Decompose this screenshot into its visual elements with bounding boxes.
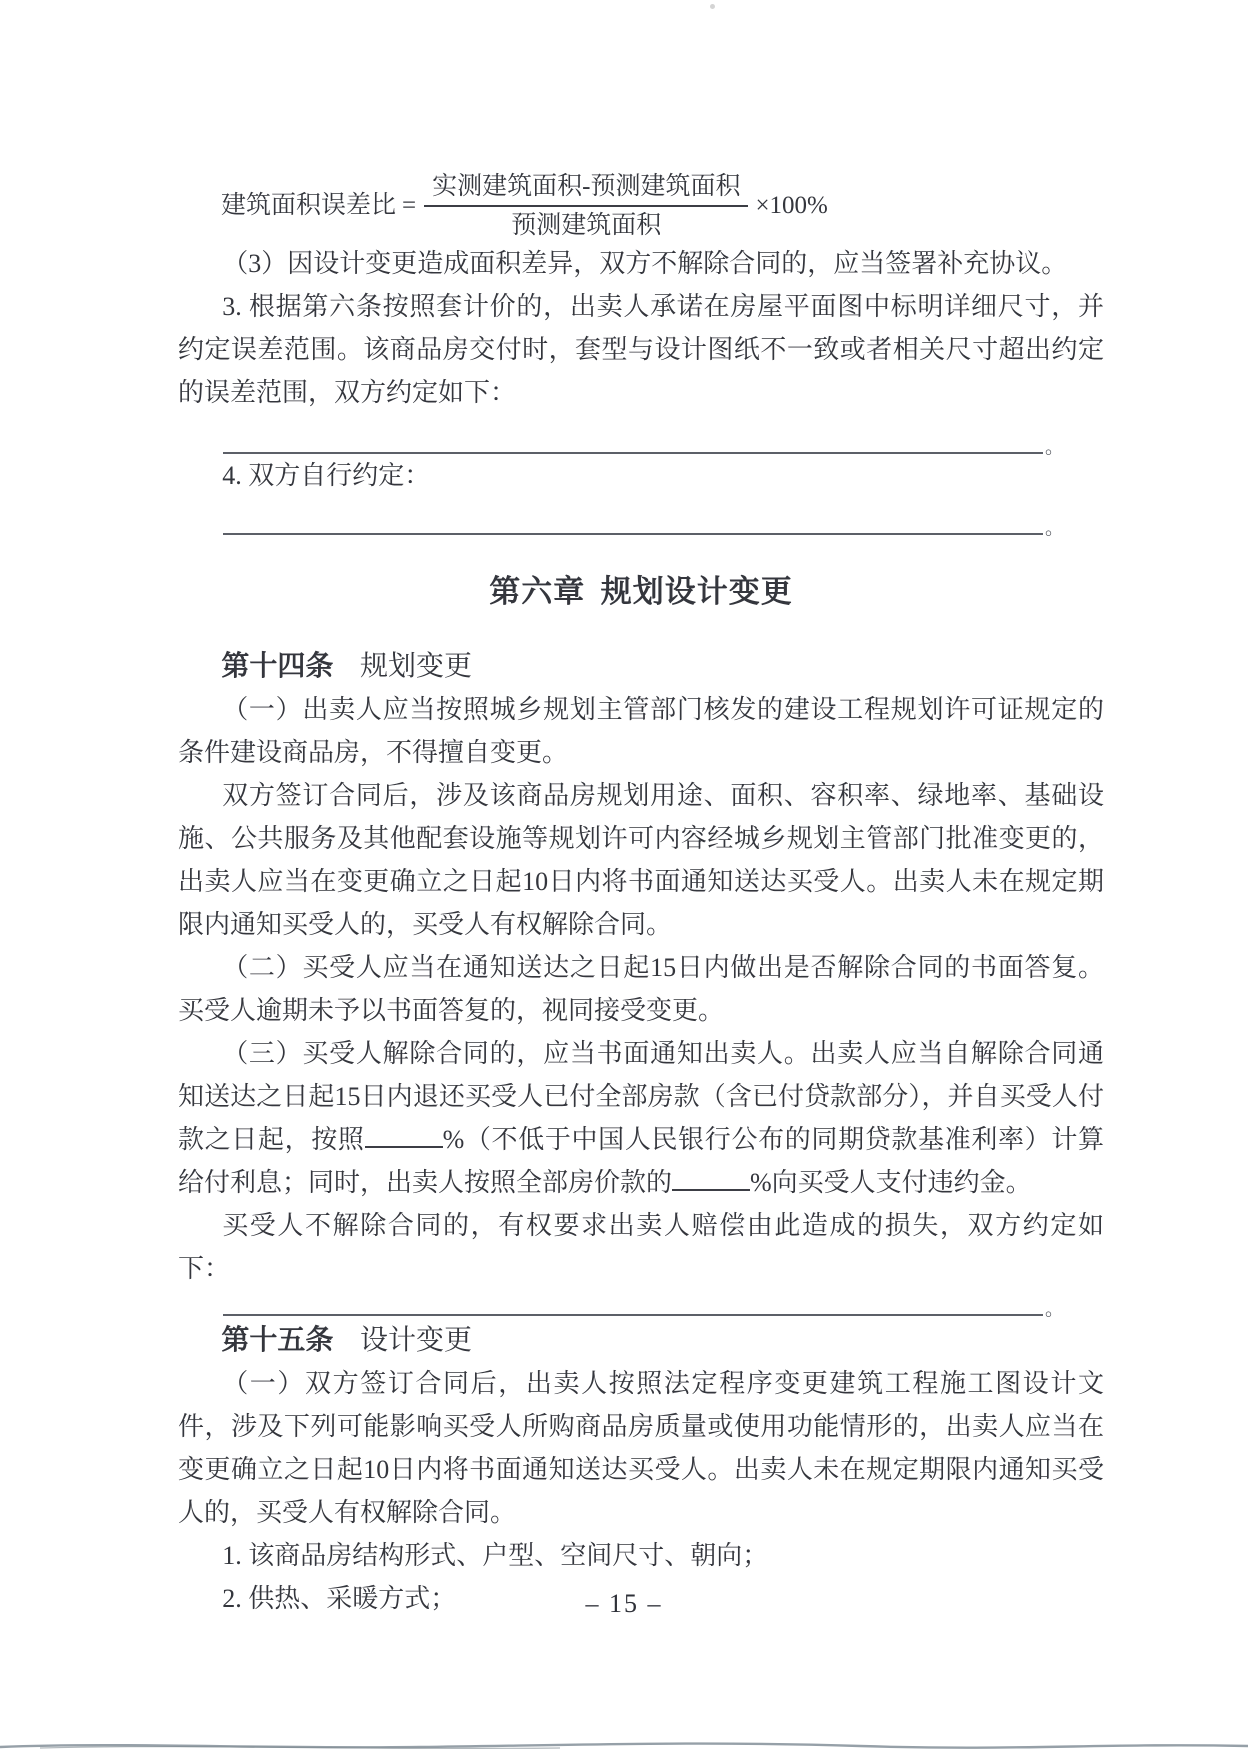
article-14-para-4-seg3: %向买受人支付违约金。 [750, 1168, 1032, 1197]
page-number: – 15 – [0, 1582, 1248, 1625]
article-14-para-1: （一）出卖人应当按照城乡规划主管部门核发的建设工程规划许可证规定的条件建设商品房… [178, 688, 1104, 774]
chapter-6-title: 规划设计变更 [601, 574, 793, 609]
article-14-heading: 第十四条规划变更 [178, 644, 1104, 688]
fill-in-blank-3-line [223, 1304, 1043, 1316]
penalty-rate-blank [672, 1185, 750, 1191]
formula-numerator: 实测建筑面积-预测建筑面积 [424, 171, 748, 207]
article-14-para-5: 买受人不解除合同的，有权要求出卖人赔偿由此造成的损失，双方约定如下： [178, 1204, 1104, 1290]
scan-edge-line [0, 1738, 1248, 1754]
article-14-para-3: （二）买受人应当在通知送达之日起15日内做出是否解除合同的书面答复。买受人逾期未… [178, 946, 1104, 1032]
scan-artifact-dot [710, 4, 715, 9]
formula-denominator: 预测建筑面积 [424, 207, 748, 241]
formula-fraction: 实测建筑面积-预测建筑面积预测建筑面积 [424, 171, 748, 242]
clause-3-design-change: （3）因设计变更造成面积差异，双方不解除合同的，应当签署补充协议。 [178, 242, 1104, 285]
article-14-para-4: （三）买受人解除合同的，应当书面通知出卖人。出卖人应当自解除合同通知送达之日起1… [178, 1032, 1104, 1204]
article-15-heading: 第十五条设计变更 [178, 1318, 1104, 1362]
fill-in-blank-1-line [223, 442, 1043, 454]
article-14-number: 第十四条 [221, 650, 333, 681]
fill-in-blank-2-line [223, 523, 1043, 535]
interest-rate-blank [365, 1142, 443, 1148]
page-content: 建筑面积误差比=实测建筑面积-预测建筑面积预测建筑面积×100% （3）因设计变… [178, 170, 1104, 1620]
contract-page-15: 建筑面积误差比=实测建筑面积-预测建筑面积预测建筑面积×100% （3）因设计变… [0, 0, 1248, 1757]
formula-multiplier: ×100% [748, 190, 827, 221]
article-14-para-2: 双方签订合同后，涉及该商品房规划用途、面积、容积率、绿地率、基础设施、公共服务及… [178, 774, 1104, 946]
formula-equals-sign: = [396, 190, 424, 221]
fill-in-blank-3-period: 。 [1043, 1304, 1064, 1316]
chapter-6-number: 第六章 [489, 574, 585, 609]
fill-in-blank-3: 。 [223, 1290, 1104, 1316]
article-14-title: 规划变更 [360, 651, 472, 682]
fill-in-blank-2: 。 [223, 497, 1104, 535]
item-4-mutual-agreement: 4. 双方自行约定： [178, 454, 1104, 497]
area-error-ratio-formula: 建筑面积误差比=实测建筑面积-预测建筑面积预测建筑面积×100% [221, 170, 1104, 242]
fill-in-blank-1: 。 [223, 414, 1104, 454]
item-3-unit-price-clause: 3. 根据第六条按照套计价的，出卖人承诺在房屋平面图中标明详细尺寸，并约定误差范… [178, 285, 1104, 414]
article-15-number: 第十五条 [221, 1324, 333, 1355]
formula-lhs: 建筑面积误差比 [221, 190, 396, 221]
fill-in-blank-2-period: 。 [1043, 523, 1064, 535]
article-15-para-1: （一）双方签订合同后，出卖人按照法定程序变更建筑工程施工图设计文件，涉及下列可能… [178, 1362, 1104, 1534]
fill-in-blank-1-period: 。 [1043, 442, 1064, 454]
article-15-title: 设计变更 [360, 1325, 472, 1356]
article-15-item-1: 1. 该商品房结构形式、户型、空间尺寸、朝向； [178, 1534, 1104, 1577]
chapter-6-heading: 第六章规划设计变更 [178, 571, 1104, 613]
